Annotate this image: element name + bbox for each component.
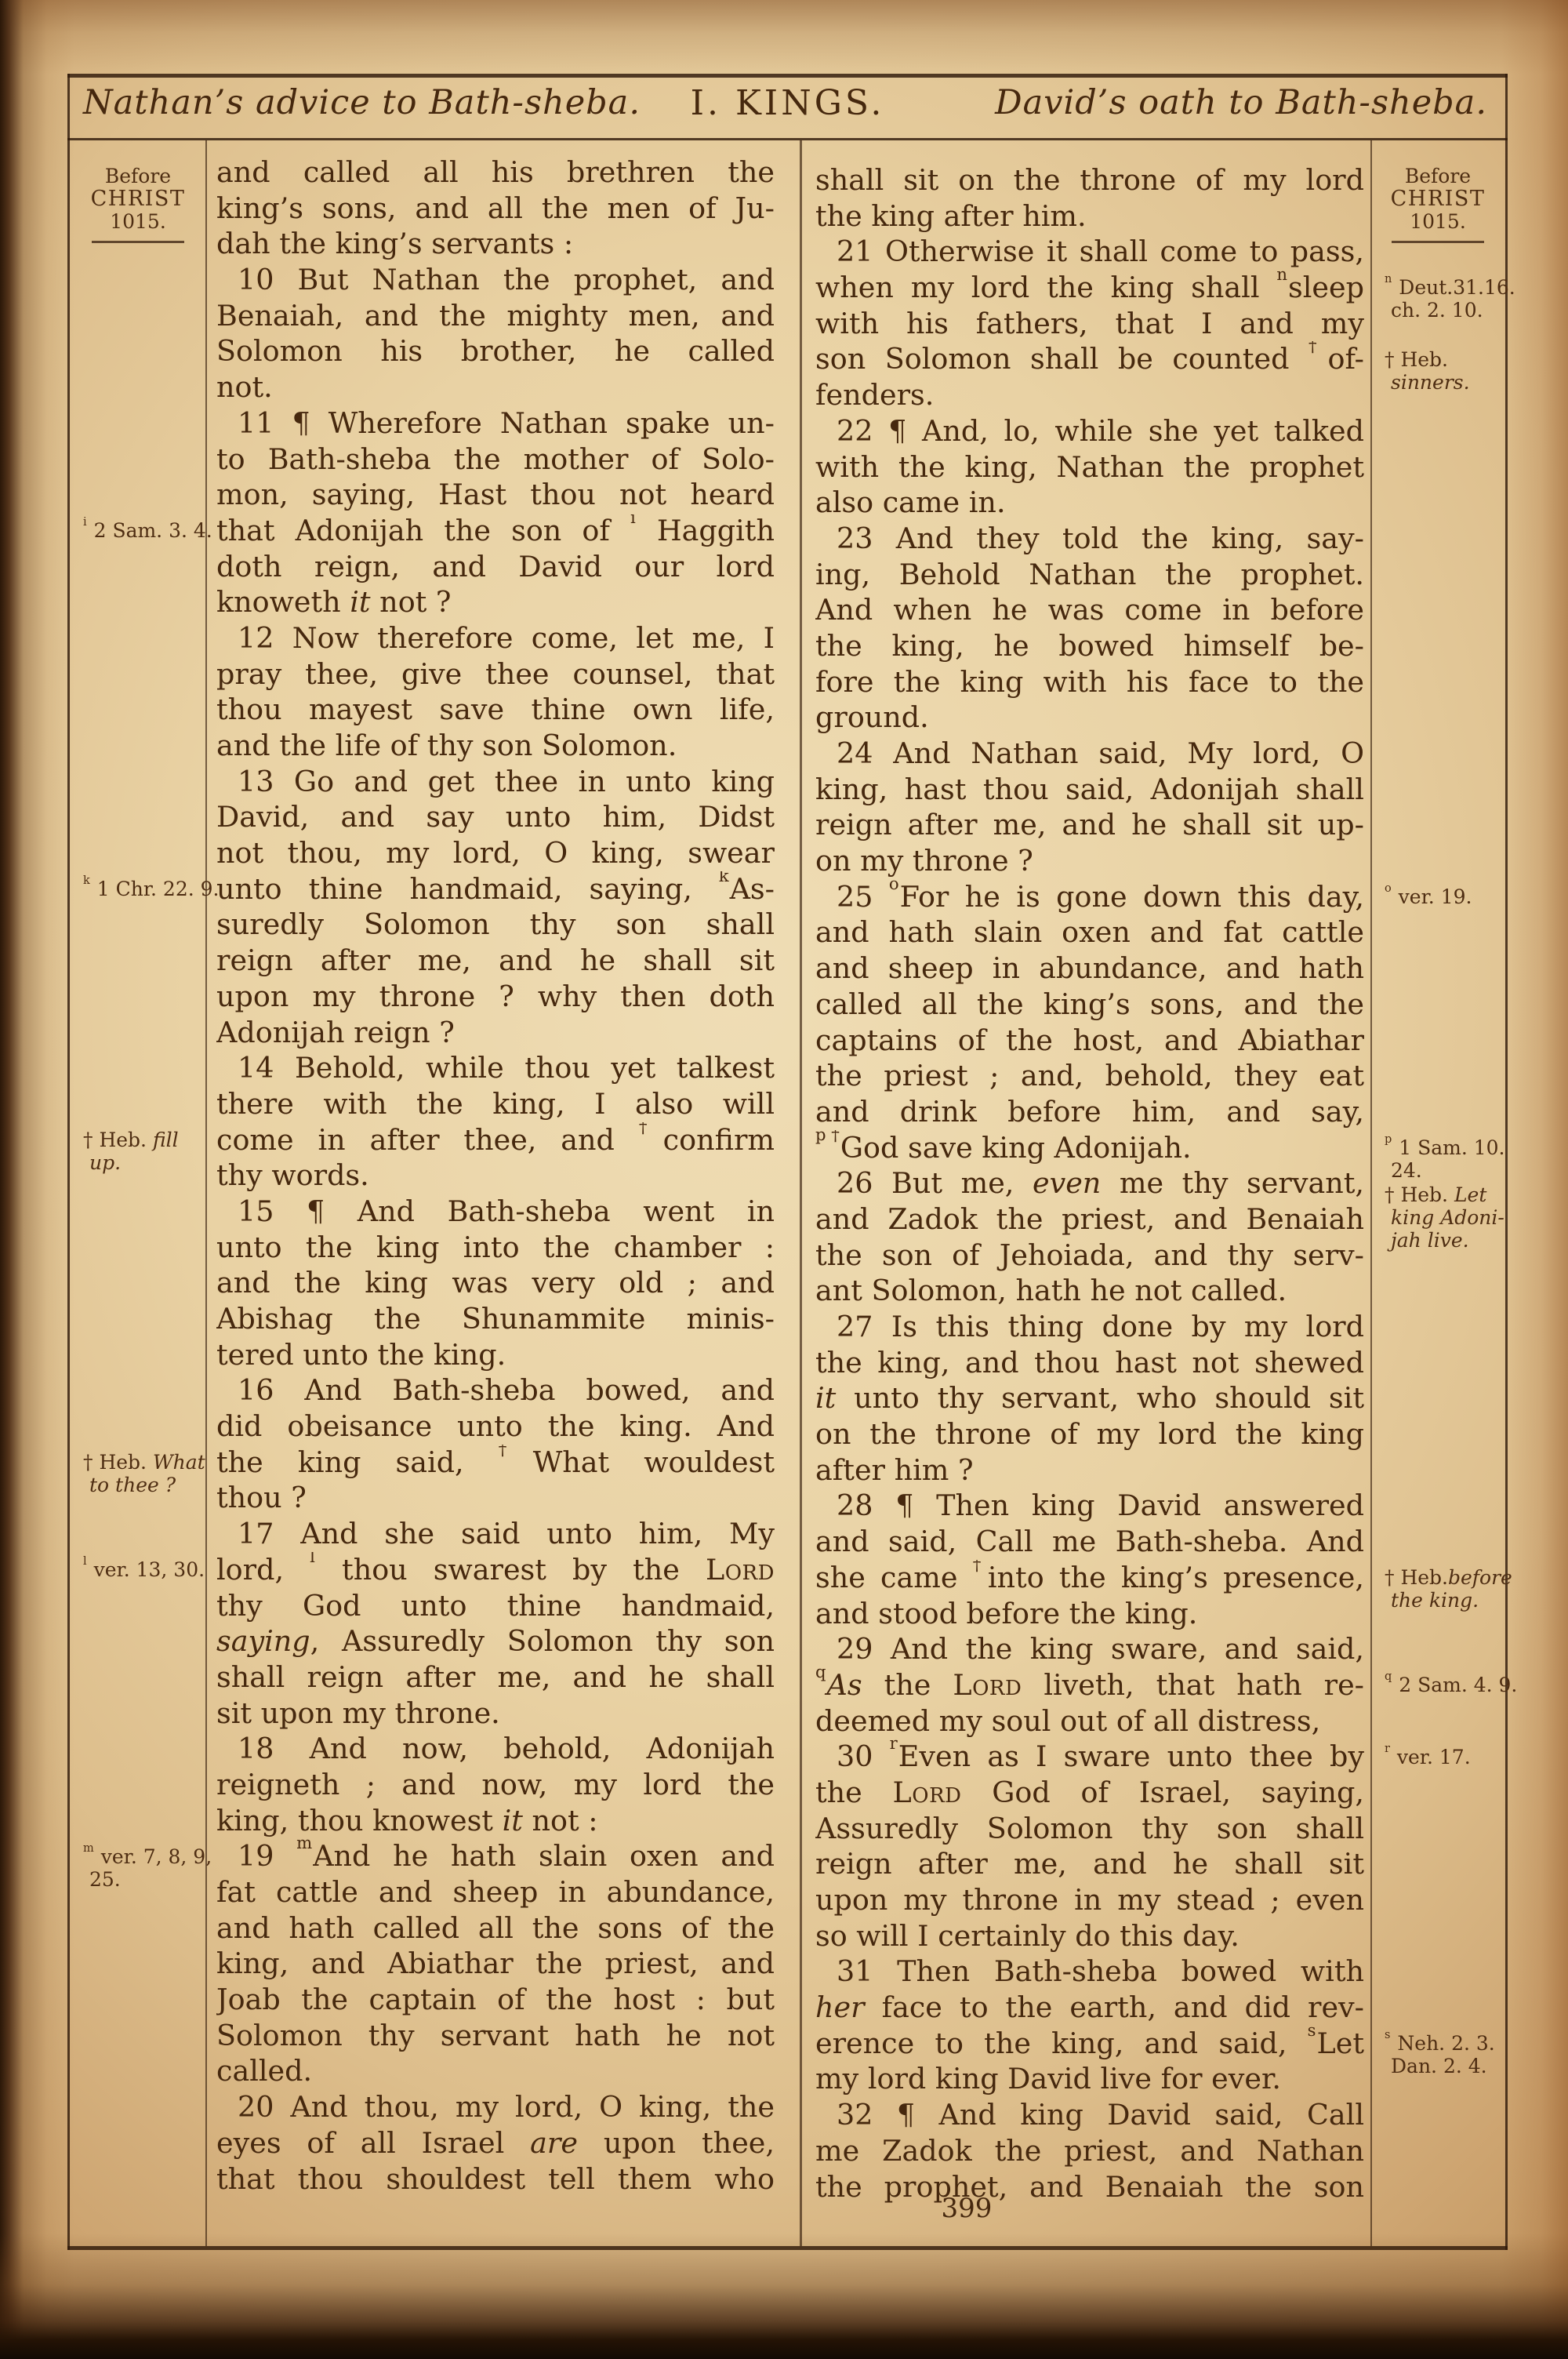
- text-line: eyes of all Israel are upon thee,: [216, 2125, 775, 2161]
- text-line: ant Solomon, hath he not called.: [815, 1273, 1364, 1309]
- text-line: it unto thy servant, who should sit: [815, 1380, 1364, 1416]
- text-line: 27 Is this thing done by my lord: [815, 1309, 1364, 1345]
- text-line: 17 And she said unto him, My: [216, 1516, 775, 1552]
- center-column-divider: [800, 140, 802, 2246]
- text-line: so will I certainly do this day.: [815, 1918, 1364, 1954]
- text-line: reigneth ; and now, my lord the: [216, 1767, 775, 1803]
- text-line: and drink before him, and say,: [815, 1094, 1364, 1130]
- text-line: the king, he bowed himself be-: [815, 628, 1364, 664]
- text-line: that Adonijah the son of i Haggith: [216, 513, 775, 549]
- text-line: did obeisance unto the king. And: [216, 1408, 775, 1445]
- text-line: and sheep in abundance, and hath: [815, 951, 1364, 987]
- text-line: 16 And Bath-sheba bowed, and: [216, 1372, 775, 1408]
- before-christ-line: Before: [1374, 165, 1502, 187]
- left-margin-column: Before CHRIST 1015. i 2 Sam. 3. 4.k 1 Ch…: [72, 0, 204, 2298]
- text-line: my lord king David live for ever.: [815, 2061, 1364, 2097]
- text-line: suredly Solomon thy son shall: [216, 907, 775, 943]
- text-line: and the king was very old ; and: [216, 1265, 775, 1301]
- margin-note: i 2 Sam. 3. 4.: [72, 519, 204, 542]
- text-line: come in after thee, and †confirm: [216, 1122, 775, 1158]
- text-line: thou mayest save thine own life,: [216, 692, 775, 728]
- text-line: reign after me, and he shall sit: [815, 1846, 1364, 1882]
- text-line: And when he was come in before: [815, 592, 1364, 628]
- text-line: and hath called all the sons of the: [216, 1910, 775, 1946]
- before-christ-line: CHRIST: [1374, 187, 1502, 210]
- text-line: fat cattle and sheep in abundance,: [216, 1874, 775, 1910]
- text-line: Benaiah, and the mighty men, and: [216, 298, 775, 334]
- book-title: I. KINGS.: [691, 83, 885, 123]
- margin-note: k 1 Chr. 22. 9.: [72, 878, 204, 900]
- text-line: unto thine handmaid, saying, kAs-: [216, 871, 775, 907]
- text-line: with the king, Nathan the prophet: [815, 449, 1364, 485]
- text-line: there with the king, I also will: [216, 1086, 775, 1122]
- text-line: and called all his brethren the: [216, 154, 775, 191]
- text-line: pray thee, give thee counsel, that: [216, 656, 775, 692]
- text-line: upon my throne ? why then doth: [216, 979, 775, 1015]
- before-christ-rule: [92, 241, 184, 243]
- text-line: shall sit on the throne of my lord: [815, 162, 1364, 198]
- text-line: deemed my soul out of all distress,: [815, 1703, 1364, 1739]
- margin-note: † Heb. Letking Adoni-jah live.: [1374, 1183, 1502, 1252]
- text-line: the Lord God of Israel, saying,: [815, 1775, 1364, 1811]
- text-line: with his fathers, that I and my: [815, 306, 1364, 342]
- text-line: the priest ; and, behold, they eat: [815, 1058, 1364, 1094]
- text-column-right: shall sit on the throne of my lordthe ki…: [815, 162, 1364, 2205]
- text-line: the king said, †What wouldest: [216, 1445, 775, 1481]
- text-line: and hath slain oxen and fat cattle: [815, 914, 1364, 951]
- margin-note: † Heb.beforethe king.: [1374, 1566, 1502, 1612]
- text-line: on the throne of my lord the king: [815, 1416, 1364, 1452]
- text-line: called all the king’s sons, and the: [815, 987, 1364, 1023]
- right-margin-divider: [1370, 140, 1372, 2246]
- text-line: when my lord the king shall nsleep: [815, 270, 1364, 306]
- text-line: shall reign after me, and he shall: [216, 1659, 775, 1696]
- text-line: erence to the king, and said, sLet: [815, 2026, 1364, 2062]
- right-margin-column: Before CHRIST 1015. n Deut.31.16.ch. 2. …: [1374, 0, 1502, 2298]
- text-line: p †God save king Adonijah.: [815, 1130, 1364, 1166]
- text-line: her face to the earth, and did rev-: [815, 1990, 1364, 2026]
- margin-note: s Neh. 2. 3.Dan. 2. 4.: [1374, 2032, 1502, 2077]
- text-line: thy God unto thine handmaid,: [216, 1588, 775, 1624]
- text-line: fore the king with his face to the: [815, 664, 1364, 700]
- text-line: 15 ¶ And Bath-sheba went in: [216, 1194, 775, 1230]
- text-line: not thou, my lord, O king, swear: [216, 835, 775, 871]
- border-right-rule: [1505, 74, 1508, 2250]
- text-line: mon, saying, Hast thou not heard: [216, 477, 775, 513]
- text-line: after him ?: [815, 1452, 1364, 1488]
- text-line: the king after him.: [815, 198, 1364, 234]
- text-line: and the life of thy son Solomon.: [216, 728, 775, 764]
- text-line: qAs the Lord liveth, that hath re-: [815, 1667, 1364, 1703]
- text-line: 29 And the king sware, and said,: [815, 1631, 1364, 1667]
- margin-note: m ver. 7, 8, 9,25.: [72, 1845, 204, 1891]
- text-line: and said, Call me Bath-sheba. And: [815, 1524, 1364, 1560]
- before-christ-line: CHRIST: [72, 187, 204, 210]
- margin-note: † Heb. Whatto thee ?: [72, 1451, 204, 1496]
- margin-note: o ver. 19.: [1374, 885, 1502, 908]
- text-line: 25 oFor he is gone down this day,: [815, 879, 1364, 915]
- text-line: king, thou knowest it not :: [216, 1803, 775, 1839]
- text-line: also came in.: [815, 485, 1364, 521]
- text-line: saying, Assuredly Solomon thy son: [216, 1623, 775, 1659]
- text-line: 12 Now therefore come, let me, I: [216, 620, 775, 656]
- text-line: Solomon thy servant hath he not: [216, 2018, 775, 2054]
- text-line: 32 ¶ And king David said, Call: [815, 2097, 1364, 2133]
- margin-note: q 2 Sam. 4. 9.: [1374, 1674, 1502, 1696]
- text-line: king, hast thou said, Adonijah shall: [815, 772, 1364, 808]
- text-line: 23 And they told the king, say-: [815, 521, 1364, 557]
- text-line: to Bath-sheba the mother of Solo-: [216, 442, 775, 478]
- before-christ-line: 1015.: [1374, 210, 1502, 233]
- text-line: 13 Go and get thee in unto king: [216, 764, 775, 800]
- text-line: 19 mAnd he hath slain oxen and: [216, 1838, 775, 1874]
- text-line: 30 rEven as I sware unto thee by: [815, 1739, 1364, 1775]
- border-left-rule: [67, 74, 70, 2250]
- text-line: called.: [216, 2053, 775, 2089]
- text-line: she came †into the king’s presence,: [815, 1560, 1364, 1596]
- text-line: 21 Otherwise it shall come to pass,: [815, 234, 1364, 270]
- text-line: upon my throne in my stead ; even: [815, 1882, 1364, 1918]
- text-line: 20 And thou, my lord, O king, the: [216, 2089, 775, 2125]
- bible-page-photo: Nathan’s advice to Bath-sheba. I. KINGS.…: [0, 0, 1568, 2359]
- text-line: 24 And Nathan said, My lord, O: [815, 736, 1364, 772]
- margin-note: n Deut.31.16.ch. 2. 10.: [1374, 276, 1502, 322]
- text-line: Adonijah reign ?: [216, 1015, 775, 1051]
- header-rule: [67, 138, 1508, 140]
- text-line: ground.: [815, 700, 1364, 736]
- text-line: reign after me, and he shall sit up-: [815, 807, 1364, 843]
- before-christ-block-right: Before CHRIST 1015.: [1374, 165, 1502, 243]
- text-line: sit upon my throne.: [216, 1696, 775, 1732]
- text-line: doth reign, and David our lord: [216, 549, 775, 585]
- text-line: 26 But me, even me thy servant,: [815, 1165, 1364, 1201]
- margin-note: † Heb.sinners.: [1374, 348, 1502, 394]
- border-top-rule: [67, 74, 1508, 78]
- text-line: 14 Behold, while thou yet talkest: [216, 1050, 775, 1086]
- text-line: 11 ¶ Wherefore Nathan spake un-: [216, 405, 775, 442]
- text-line: 10 But Nathan the prophet, and: [216, 262, 775, 298]
- text-line: tered unto the king.: [216, 1337, 775, 1373]
- text-line: the king, and thou hast not shewed: [815, 1345, 1364, 1381]
- text-line: king, and Abiathar the priest, and: [216, 1946, 775, 1982]
- margin-note: r ver. 17.: [1374, 1746, 1502, 1768]
- text-line: 22 ¶ And, lo, while she yet talked: [815, 413, 1364, 449]
- text-line: Abishag the Shunammite minis-: [216, 1301, 775, 1337]
- text-line: captains of the host, and Abiathar: [815, 1023, 1364, 1059]
- before-christ-line: Before: [72, 165, 204, 187]
- border-bottom-rule: [67, 2246, 1508, 2250]
- text-line: fenders.: [815, 377, 1364, 413]
- margin-note: p 1 Sam. 10.24.: [1374, 1136, 1502, 1182]
- text-line: the son of Jehoiada, and thy serv-: [815, 1238, 1364, 1274]
- text-line: 31 Then Bath-sheba bowed with: [815, 1954, 1364, 1990]
- text-line: ing, Behold Nathan the prophet.: [815, 557, 1364, 593]
- text-line: on my throne ?: [815, 843, 1364, 879]
- text-line: thou ?: [216, 1480, 775, 1516]
- text-line: knoweth it not ?: [216, 584, 775, 620]
- text-line: Solomon his brother, he called: [216, 333, 775, 369]
- text-line: unto the king into the chamber :: [216, 1230, 775, 1266]
- text-line: David, and say unto him, Didst: [216, 799, 775, 835]
- text-line: lord, l thou swarest by the Lord: [216, 1552, 775, 1588]
- text-line: 28 ¶ Then king David answered: [815, 1488, 1364, 1524]
- text-line: me Zadok the priest, and Nathan: [815, 2133, 1364, 2169]
- before-christ-line: 1015.: [72, 210, 204, 233]
- text-line: Joab the captain of the host : but: [216, 1982, 775, 2018]
- margin-note: l ver. 13, 30.: [72, 1558, 204, 1581]
- margin-note: † Heb. fillup.: [72, 1129, 204, 1174]
- text-line: dah the king’s servants :: [216, 226, 775, 262]
- text-line: Assuredly Solomon thy son shall: [815, 1811, 1364, 1847]
- text-line: king’s sons, and all the men of Ju-: [216, 191, 775, 227]
- text-column-left: and called all his brethren theking’s so…: [216, 154, 775, 2197]
- text-line: thy words.: [216, 1158, 775, 1194]
- left-margin-divider: [205, 140, 207, 2246]
- before-christ-block-left: Before CHRIST 1015.: [72, 165, 204, 243]
- running-head: Nathan’s advice to Bath-sheba. I. KINGS.…: [67, 78, 1508, 135]
- text-line: son Solomon shall be counted †of-: [815, 341, 1364, 377]
- text-line: not.: [216, 369, 775, 405]
- page-number: 399: [892, 2193, 1041, 2224]
- text-line: 18 And now, behold, Adonijah: [216, 1731, 775, 1767]
- text-line: and Zadok the priest, and Benaiah: [815, 1201, 1364, 1238]
- before-christ-rule: [1392, 241, 1484, 243]
- text-line: and stood before the king.: [815, 1596, 1364, 1632]
- text-line: that thou shouldest tell them who: [216, 2161, 775, 2197]
- text-line: reign after me, and he shall sit: [216, 943, 775, 979]
